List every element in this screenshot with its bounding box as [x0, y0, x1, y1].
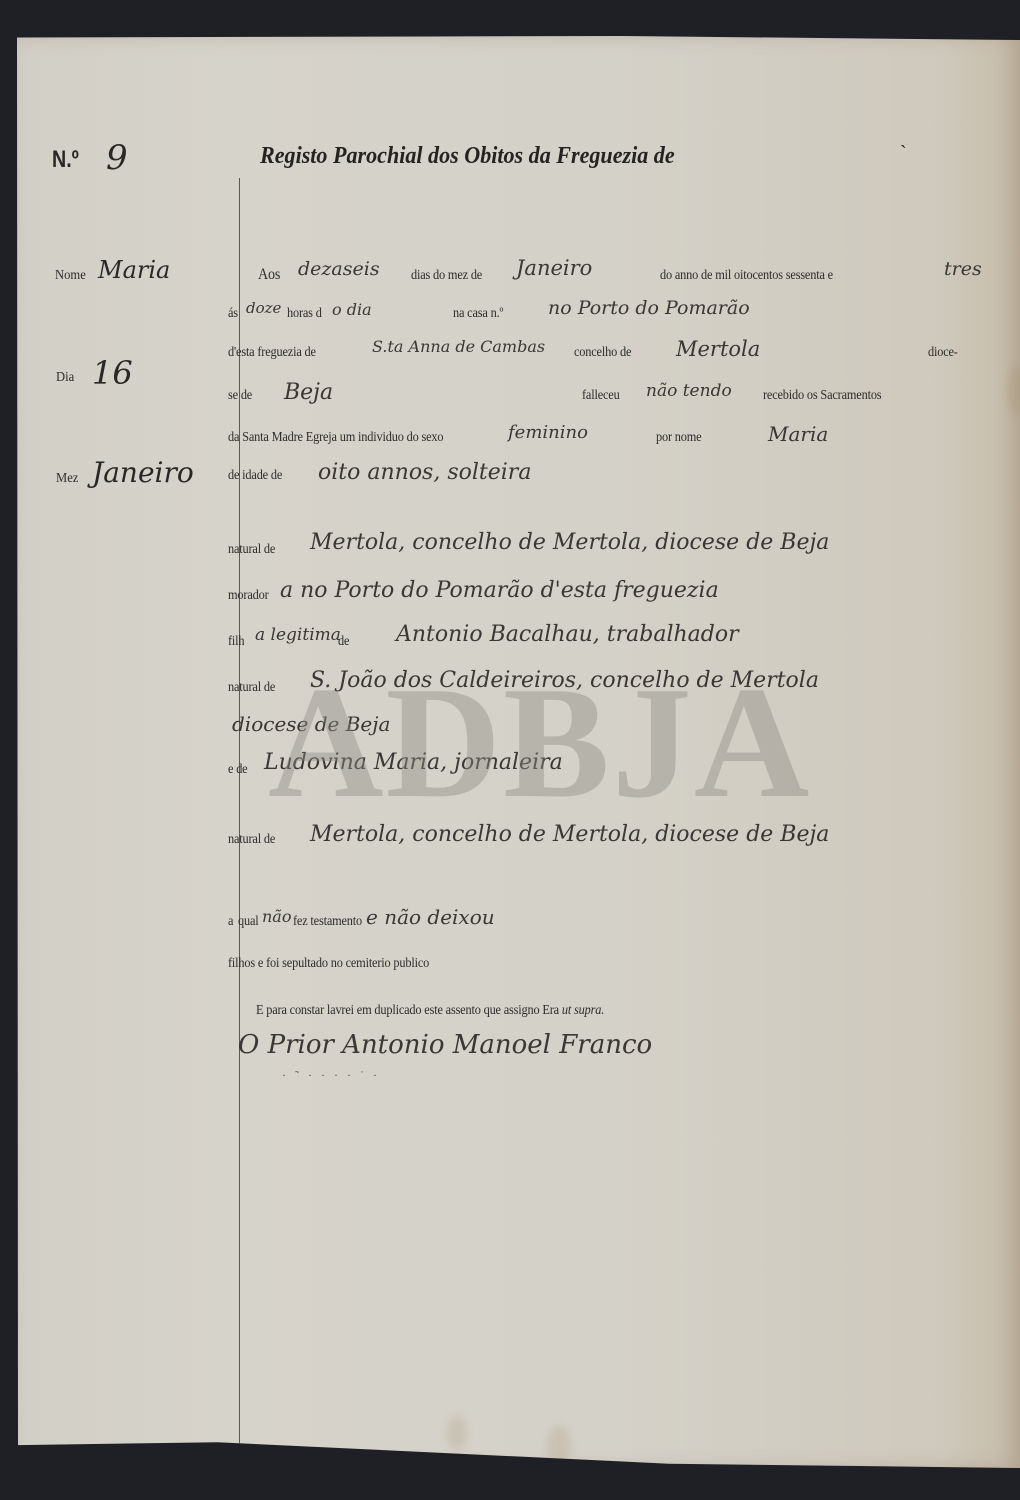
closing-text: E para constar lavrei em duplicado este … — [256, 1003, 559, 1018]
paper-stain — [547, 1426, 571, 1466]
line4-diocese: Beja — [284, 380, 333, 405]
ink-specks: · ˜ · · · · ˙ · — [282, 1068, 380, 1083]
line14-a: a — [228, 914, 233, 930]
line3-freguezia: d'esta freguezia de — [228, 345, 316, 361]
line2-horas: horas d — [287, 306, 322, 322]
title-mark: ` — [900, 142, 907, 165]
paper-stain — [447, 1416, 467, 1450]
line10-natural: natural de — [228, 680, 275, 696]
line6-age: oito annos, solteira — [318, 460, 531, 485]
line4-se-de: se de — [228, 388, 252, 404]
line4-falleceu: falleceu — [582, 388, 620, 404]
line3-dioce: dioce- — [928, 345, 958, 361]
mez-value: Janeiro — [92, 456, 194, 489]
paper-stain — [1007, 366, 1020, 416]
line12-e-de: e de — [228, 762, 247, 778]
line9-de: de — [338, 634, 349, 650]
line14-fez-testamento: fez testamento — [293, 914, 362, 930]
line9-father: Antonio Bacalhau, trabalhador — [396, 622, 739, 647]
line8-residence: a no Porto do Pomarão d'esta freguezia — [280, 578, 719, 603]
line1-aos: Aos — [258, 266, 280, 284]
line7-birthplace: Mertola, concelho de Mertola, diocese de… — [310, 530, 829, 555]
line2-period: o dia — [332, 300, 372, 319]
line14-qual: qual — [238, 914, 259, 930]
line10-father-birthplace: S. João dos Caldeireiros, concelho de Me… — [310, 668, 819, 693]
line4-sacramentos: recebido os Sacramentos — [763, 388, 881, 404]
line5-santa-madre: da Santa Madre Egreja um individuo do se… — [228, 430, 443, 446]
line14-testament-status: não — [262, 907, 291, 926]
mez-label: Mez — [56, 471, 78, 487]
line6-idade: de idade de — [228, 468, 282, 484]
line1-year-word: tres — [944, 258, 982, 280]
line3-concelho: concelho de — [574, 345, 631, 361]
line5-name: Maria — [768, 422, 828, 446]
priest-signature: O Prior Antonio Manoel Franco — [238, 1030, 652, 1060]
line4-sacrament-status: não tendo — [646, 381, 732, 401]
dia-label: Dia — [56, 370, 74, 386]
line2-hour: doze — [246, 299, 281, 317]
line1-day-words: dezaseis — [298, 258, 380, 280]
nome-label: Nome — [55, 268, 86, 284]
line3-parish: S.ta Anna de Cambas — [372, 337, 545, 356]
line2-as: ás — [228, 306, 238, 322]
closing-statement: E para constar lavrei em duplicado este … — [256, 1003, 604, 1019]
line15-sepultado: filhos e foi sepultado no cemiterio publ… — [228, 956, 429, 972]
line2-place: no Porto do Pomarão — [548, 297, 750, 319]
line5-sex: feminino — [508, 422, 588, 443]
line13-mother-birthplace: Mertola, concelho de Mertola, diocese de… — [310, 822, 829, 847]
line8-morador: morador — [228, 588, 269, 604]
line3-municipality: Mertola — [676, 337, 760, 361]
line1-anno: do anno de mil oitocentos sessenta e — [660, 268, 833, 284]
closing-latin: ut supra. — [562, 1003, 604, 1018]
line13-natural: natural de — [228, 832, 275, 848]
line9-legitimacy: a legitima — [255, 625, 341, 645]
page-title: Registo Parochial dos Obitos da Freguezi… — [260, 143, 675, 170]
line1-month: Janeiro — [516, 256, 592, 280]
line2-na-casa: na casa n.º — [453, 306, 503, 322]
line5-por-nome: por nome — [656, 430, 701, 446]
line14-children-status: e não deixou — [366, 905, 495, 929]
line11-father-diocese: diocese de Beja — [232, 712, 390, 736]
register-number-label: N.º — [52, 146, 79, 174]
dia-value: 16 — [92, 354, 133, 392]
line9-filho: filh — [228, 634, 244, 650]
line12-mother: Ludovina Maria, jornaleira — [264, 750, 563, 775]
line1-dias-do-mez: dias do mez de — [411, 268, 482, 284]
nome-value: Maria — [98, 256, 170, 284]
register-number-value: 9 — [106, 138, 128, 178]
line7-natural: natural de — [228, 542, 275, 558]
